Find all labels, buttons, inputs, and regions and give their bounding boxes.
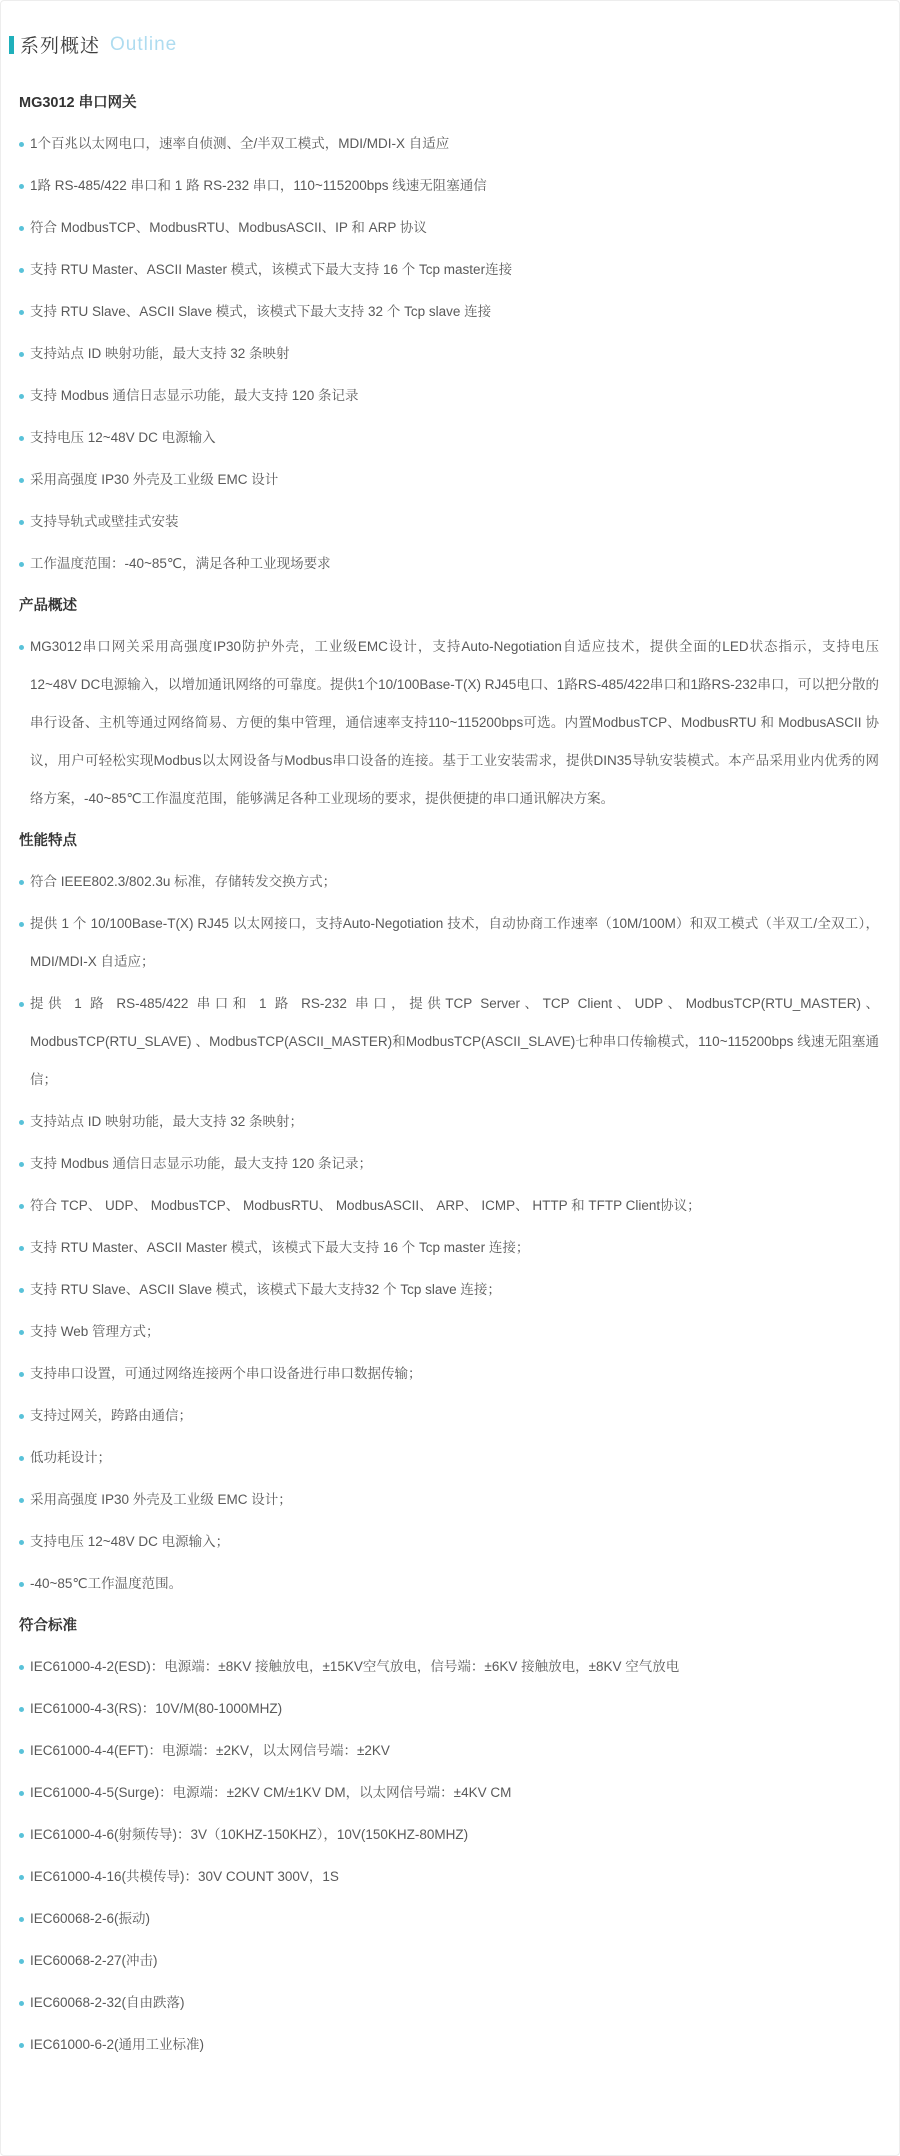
list-item: 支持 RTU Slave、ASCII Slave 模式，该模式下最大支持 32 … (19, 293, 879, 331)
list-item: 1路 RS-485/422 串口和 1 路 RS-232 串口，110~1152… (19, 167, 879, 205)
list-item: IEC61000-4-4(EFT)：电源端：±2KV，以太网信号端：±2KV (19, 1732, 879, 1770)
section-heading: MG3012 串口网关 (19, 84, 879, 122)
content-section: 性能特点符合 IEEE802.3/802.3u 标准，存储转发交换方式；提供 1… (19, 822, 879, 1603)
list-item: 支持 Modbus 通信日志显示功能，最大支持 120 条记录 (19, 377, 879, 415)
content-section: MG3012 串口网关1个百兆以太网电口，速率自侦测、全/半双工模式，MDI/M… (19, 84, 879, 583)
list-item: 支持站点 ID 映射功能，最大支持 32 条映射； (19, 1103, 879, 1141)
section-heading: 性能特点 (19, 822, 879, 860)
list-item: IEC60068-2-6(振动) (19, 1900, 879, 1938)
list-item: 提供 1 个 10/100Base-T(X) RJ45 以太网接口，支持Auto… (19, 905, 879, 981)
list-item: 支持 RTU Master、ASCII Master 模式，该模式下最大支持 1… (19, 251, 879, 289)
page-title-block: 系列概述 Outline (9, 31, 879, 58)
list-item: IEC61000-4-5(Surge)：电源端：±2KV CM/±1KV DM，… (19, 1774, 879, 1812)
list-item: 支持串口设置，可通过网络连接两个串口设备进行串口数据传输； (19, 1355, 879, 1393)
list-item: 工作温度范围：-40~85℃，满足各种工业现场要求 (19, 545, 879, 583)
section-heading: 符合标准 (19, 1607, 879, 1645)
feature-list: MG3012串口网关采用高强度IP30防护外壳，工业级EMC设计，支持Auto-… (19, 628, 879, 818)
list-item: 支持站点 ID 映射功能，最大支持 32 条映射 (19, 335, 879, 373)
section-heading: 产品概述 (19, 587, 879, 625)
list-item: IEC60068-2-32(自由跌落) (19, 1984, 879, 2022)
list-item: 支持电压 12~48V DC 电源输入 (19, 419, 879, 457)
feature-list: 符合 IEEE802.3/802.3u 标准，存储转发交换方式；提供 1 个 1… (19, 863, 879, 1603)
list-item: MG3012串口网关采用高强度IP30防护外壳，工业级EMC设计，支持Auto-… (19, 628, 879, 818)
title-accent-bar-icon (9, 36, 14, 54)
list-item: 符合 IEEE802.3/802.3u 标准，存储转发交换方式； (19, 863, 879, 901)
list-item: 支持 RTU Slave、ASCII Slave 模式，该模式下最大支持32 个… (19, 1271, 879, 1309)
list-item: 支持 RTU Master、ASCII Master 模式，该模式下最大支持 1… (19, 1229, 879, 1267)
list-item: IEC61000-4-6(射频传导)：3V（10KHZ-150KHZ），10V(… (19, 1816, 879, 1854)
list-item: 支持 Modbus 通信日志显示功能，最大支持 120 条记录； (19, 1145, 879, 1183)
list-item: IEC61000-6-2(通用工业标准) (19, 2026, 879, 2064)
list-item: 支持 Web 管理方式； (19, 1313, 879, 1351)
list-item: IEC61000-4-3(RS)：10V/M(80-1000MHZ) (19, 1690, 879, 1728)
feature-list: 1个百兆以太网电口，速率自侦测、全/半双工模式，MDI/MDI-X 自适应1路 … (19, 125, 879, 583)
list-item: 符合 TCP、 UDP、 ModbusTCP、 ModbusRTU、 Modbu… (19, 1187, 879, 1225)
list-item: IEC61000-4-2(ESD)：电源端：±8KV 接触放电，±15KV空气放… (19, 1648, 879, 1686)
list-item: 支持导轨式或壁挂式安装 (19, 503, 879, 541)
list-item: 提供 1 路 RS-485/422 串口和 1 路 RS-232 串口，提供TC… (19, 985, 879, 1099)
sections-container: MG3012 串口网关1个百兆以太网电口，速率自侦测、全/半双工模式，MDI/M… (19, 84, 879, 2064)
content-section: 符合标准IEC61000-4-2(ESD)：电源端：±8KV 接触放电，±15K… (19, 1607, 879, 2064)
list-item: 低功耗设计； (19, 1439, 879, 1477)
list-item: 采用高强度 IP30 外壳及工业级 EMC 设计； (19, 1481, 879, 1519)
product-outline-page: 系列概述 Outline MG3012 串口网关1个百兆以太网电口，速率自侦测、… (1, 1, 899, 2096)
content-section: 产品概述MG3012串口网关采用高强度IP30防护外壳，工业级EMC设计，支持A… (19, 587, 879, 818)
feature-list: IEC61000-4-2(ESD)：电源端：±8KV 接触放电，±15KV空气放… (19, 1648, 879, 2064)
list-item: 支持过网关，跨路由通信； (19, 1397, 879, 1435)
list-item: IEC60068-2-27(冲击) (19, 1942, 879, 1980)
page-title-en: Outline (110, 34, 177, 56)
list-item: 采用高强度 IP30 外壳及工业级 EMC 设计 (19, 461, 879, 499)
list-item: -40~85℃工作温度范围。 (19, 1565, 879, 1603)
list-item: 支持电压 12~48V DC 电源输入； (19, 1523, 879, 1561)
list-item: IEC61000-4-16(共模传导)：30V COUNT 300V，1S (19, 1858, 879, 1896)
list-item: 1个百兆以太网电口，速率自侦测、全/半双工模式，MDI/MDI-X 自适应 (19, 125, 879, 163)
list-item: 符合 ModbusTCP、ModbusRTU、ModbusASCII、IP 和 … (19, 209, 879, 247)
page-title: 系列概述 (20, 31, 100, 58)
